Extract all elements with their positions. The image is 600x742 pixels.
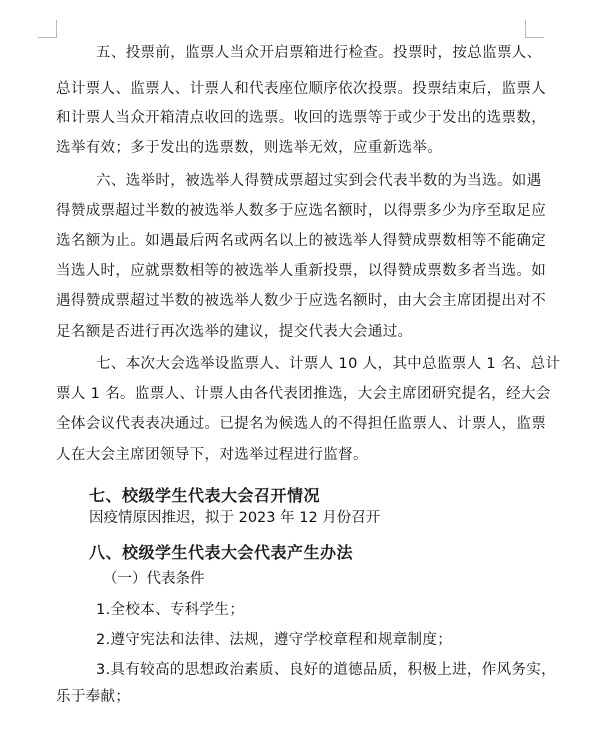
- list-item-continuation: 乐于奉献；: [56, 688, 526, 706]
- text-line: 人在大会主席团领导下，对选举过程进行监督。: [56, 446, 526, 464]
- list-item: 2.遵守宪法和法律、法规，遵守学校章程和规章制度；: [96, 631, 526, 649]
- section-heading-7: 七、校级学生代表大会召开情况: [89, 486, 320, 506]
- text-line: 五、投票前，监票人当众开启票箱进行检查。投票时，按总监票人、: [96, 44, 526, 62]
- text-line: 票人 1 名。监票人、计票人由各代表团推选，大会主席团研究提名，经大会: [56, 385, 526, 403]
- section-7-text: 因疫情原因推迟，拟于 2023 年 12 月份召开: [89, 509, 380, 527]
- text-line: 六、选举时，被选举人得赞成票超过实到会代表半数的为当选。如遇: [96, 172, 526, 190]
- text-line: 得赞成票超过半数的被选举人数多于应选名额时，以得票多少为序至取足应: [56, 202, 526, 220]
- text-line: 选举有效；多于发出的选票数，则选举无效，应重新选举。: [56, 139, 526, 157]
- text-line: 和计票人当众开箱清点收回的选票。收回的选票等于或少于发出的选票数，: [56, 109, 526, 127]
- text-line: 七、本次大会选举设监票人、计票人 10 人，其中总监票人 1 名、总计: [96, 355, 526, 373]
- text-line: 足名额是否进行再次选举的建议，提交代表大会通过。: [56, 323, 526, 341]
- section-heading-8: 八、校级学生代表大会代表产生办法: [89, 543, 353, 563]
- text-line: 遇得赞成票超过半数的被选举人数少于应选名额时，由大会主席团提出对不: [56, 292, 526, 310]
- subsection-heading: （一）代表条件: [103, 570, 205, 588]
- text-line: 选名额为止。如遇最后两名或两名以上的被选举人得赞成票数相等不能确定: [56, 232, 526, 250]
- text-line: 总计票人、监票人、计票人和代表座位顺序依次投票。投票结束后，监票人: [56, 80, 526, 98]
- text-line: 全体会议代表表决通过。已提名为候选人的不得担任监票人、计票人，监票: [56, 415, 526, 433]
- text-line: 当选人时，应就票数相等的被选举人重新投票，以得赞成票数多者当选。如: [56, 262, 526, 280]
- page-corner-mark-right: [525, 20, 544, 38]
- list-item: 3.具有较高的思想政治素质、良好的道德品质，积极上进，作风务实，: [96, 661, 526, 679]
- list-item: 1.全校本、专科学生；: [96, 601, 526, 619]
- page-corner-mark-left: [38, 20, 57, 38]
